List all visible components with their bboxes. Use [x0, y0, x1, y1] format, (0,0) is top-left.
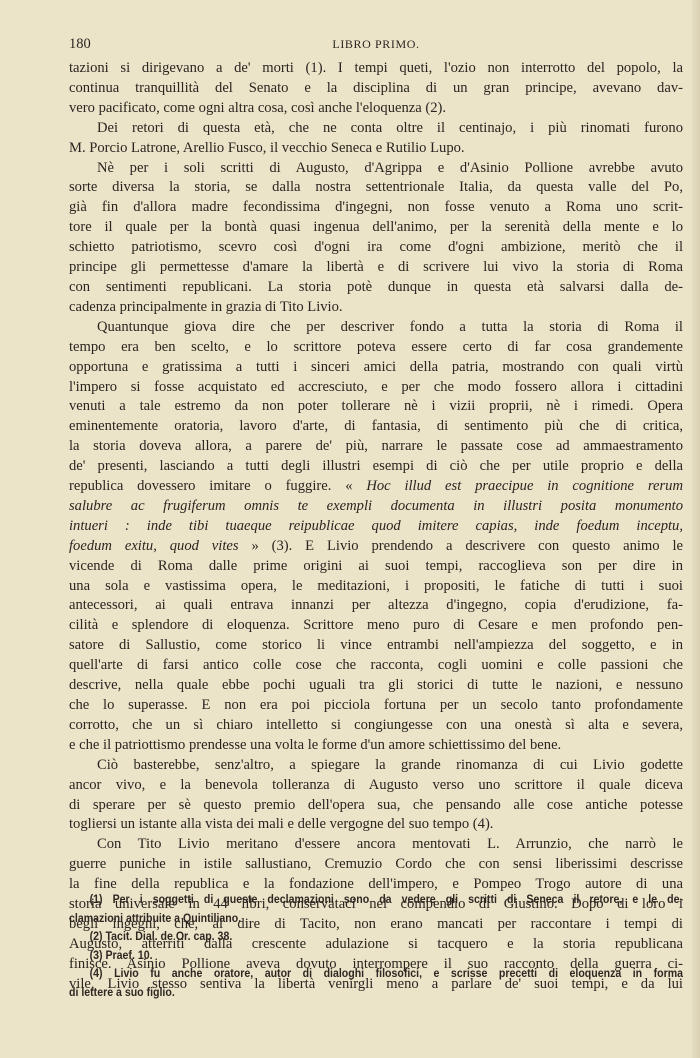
footnote-line: (2) Tacit. Dial. de Or. cap. 38.: [69, 927, 683, 946]
text-line: Quantunque giova dire che per descriver …: [69, 318, 683, 338]
text-line: eminentemente oratoria, lavoro d'arte, d…: [69, 417, 683, 437]
running-head: 180 LIBRO PRIMO.: [69, 36, 683, 54]
running-title: LIBRO PRIMO.: [69, 37, 683, 52]
text-segment: republica dovessero imitare o fuggire. «: [69, 478, 366, 494]
text-line: venuti a tale estremo da non poter tolle…: [69, 397, 683, 417]
footnotes: (1) Per i soggetti di queste declamazion…: [69, 890, 597, 1002]
text-line: Ciò basterebbe, senz'altro, a spiegare l…: [69, 756, 683, 776]
footnote-line: di lettere a suo figlio.: [69, 983, 683, 1002]
footnote-line: (1) Per i soggetti di queste declamazion…: [69, 890, 683, 909]
text-line: principe gli permettesse d'amare la libe…: [69, 258, 683, 278]
text-line: cadenza principalmente in grazia di Tito…: [69, 298, 683, 318]
text-line: tazioni si dirigevano a de' morti (1). I…: [69, 59, 683, 79]
text-line: de' presenti, lasciando a tutti degli il…: [69, 457, 683, 477]
text-line: foedum exitu, quod vites » (3). E Livio …: [69, 537, 683, 557]
text-line: satore di Sallustio, come storico li vin…: [69, 636, 683, 656]
text-line: republica dovessero imitare o fuggire. «…: [69, 477, 683, 497]
text-line: quell'arte di farsi antico colle cose ch…: [69, 656, 683, 676]
text-line: descrive, nella quale ebbe pochi uguali …: [69, 676, 683, 696]
latin-quotation: intueri : inde tibi tuaeque reipublicae …: [69, 518, 683, 534]
latin-quotation: foedum exitu, quod vites: [69, 538, 239, 554]
body-text: tazioni si dirigevano a de' morti (1). I…: [69, 59, 683, 995]
text-line: Nè per i soli scritti di Augusto, d'Agri…: [69, 159, 683, 179]
text-line: e che il patriottismo prendesse una volt…: [69, 736, 683, 756]
text-line: continua tranquillità del Senato e la di…: [69, 79, 683, 99]
footnote-line: (4) Livio fu anche oratore, autor di dia…: [69, 964, 683, 983]
footnote-line: clamazioni attribuite a Quintiliano.: [69, 909, 683, 928]
text-line: di sperare per sè questo premio dell'ope…: [69, 796, 683, 816]
text-line: vicende di Roma dalle prime origini ai s…: [69, 557, 683, 577]
text-line: cilità e splendore di eloquenza. Scritto…: [69, 616, 683, 636]
text-line: schietto patriotismo, scevro così d'ogni…: [69, 238, 683, 258]
text-line: ancor vivo, e la benevola tolleranza di …: [69, 776, 683, 796]
footnote-line: (3) Praef. 10.: [69, 946, 683, 965]
text-line: opportuna e gratissima a tutti i sinceri…: [69, 358, 683, 378]
text-line: antecessori, ai quali entrava innanzi pe…: [69, 596, 683, 616]
text-line: guerre puniche in istile sallustiano, Cr…: [69, 855, 683, 875]
text-line: M. Porcio Latrone, Arellio Fusco, il vec…: [69, 139, 683, 159]
text-line: l'impero si fosse acquistato ed accresci…: [69, 378, 683, 398]
page-edge: [692, 0, 700, 1058]
text-line: che lo superasse. E non era poi picciola…: [69, 696, 683, 716]
text-line: una sola e vastissima opera, le meditazi…: [69, 577, 683, 597]
text-line: già fin d'allora madre fecondissima d'in…: [69, 198, 683, 218]
text-line: togliersi un istante alla vista dei mali…: [69, 815, 683, 835]
text-line: salubre ac frugiferum omnis te exempli d…: [69, 497, 683, 517]
text-line: la storia doveva allora, a parere de' pi…: [69, 437, 683, 457]
text-line: sorte diversa la storia, se dalla nostra…: [69, 178, 683, 198]
text-line: corrotto, che un sì chiaro intelletto si…: [69, 716, 683, 736]
text-line: intueri : inde tibi tuaeque reipublicae …: [69, 517, 683, 537]
text-line: tore il quale per la bontà quasi ingenua…: [69, 218, 683, 238]
latin-quotation: Hoc illud est praecipue in cognitione re…: [366, 478, 683, 494]
text-line: tempo era ben scelto, e lo scrittore pot…: [69, 338, 683, 358]
text-line: Dei retori di questa età, che ne conta o…: [69, 119, 683, 139]
text-line: vero pacificato, come ogni altra cosa, c…: [69, 99, 683, 119]
latin-quotation: salubre ac frugiferum omnis te exempli d…: [69, 498, 683, 514]
text-line: Con Tito Livio meritano d'essere ancora …: [69, 835, 683, 855]
text-segment: » (3). E Livio prendendo a descrivere co…: [239, 538, 683, 554]
text-line: con sentimenti republicani. La storia po…: [69, 278, 683, 298]
